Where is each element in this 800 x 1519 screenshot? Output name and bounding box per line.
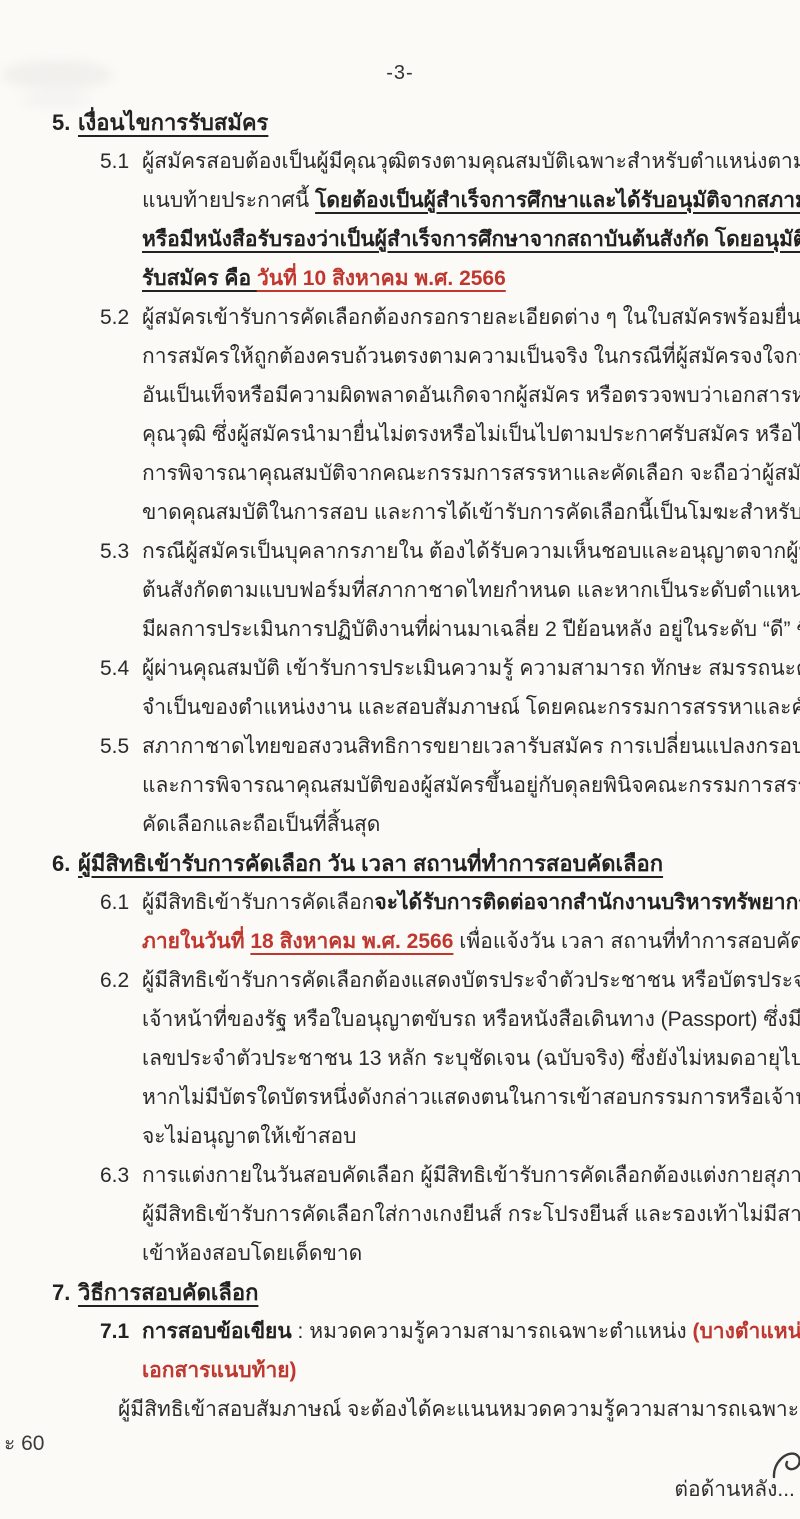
text-line: หากไม่มีบัตรใดบัตรหนึ่งดังกล่าวแสดงตนในก… — [142, 1078, 800, 1117]
text-line: คุณวุฒิ ซึ่งผู้สมัครนำมายื่นไม่ตรงหรือไม… — [142, 415, 800, 454]
item-body: การสอบข้อเขียน : หมวดความรู้ความสามารถเฉ… — [142, 1312, 800, 1390]
text-line: การสมัครให้ถูกต้องครบถ้วนตรงตามความเป็นจ… — [142, 337, 800, 376]
text-line: เจ้าหน้าที่ของรัฐ หรือใบอนุญาตขับรถ หรือ… — [142, 1000, 800, 1039]
item-body: การแต่งกายในวันสอบคัดเลือก ผู้มีสิทธิเข้… — [142, 1156, 800, 1273]
list-item-6-1: 6.1 ผู้มีสิทธิเข้ารับการคัดเลือกจะได้รับ… — [0, 883, 800, 961]
text-segment: ภายในวันที่ — [142, 930, 250, 953]
item-body: ผู้สมัครสอบต้องเป็นผู้มีคุณวุฒิตรงตามคุณ… — [142, 142, 800, 298]
section-title: ผู้มีสิทธิเข้ารับการคัดเลือก วัน เวลา สถ… — [78, 844, 663, 883]
text-line: มีผลการประเมินการปฏิบัติงานที่ผ่านมาเฉลี… — [142, 610, 800, 649]
text-line: เลขประจำตัวประชาชน 13 หลัก ระบุชัดเจน (ฉ… — [142, 1039, 800, 1078]
text-segment: : หมวดความรู้ความสามารถเฉพาะตำแหน่ง — [292, 1320, 693, 1343]
text-line: ต้นสังกัดตามแบบฟอร์มที่สภากาชาดไทยกำหนด … — [142, 571, 800, 610]
text-line: คัดเลือกและถือเป็นที่สิ้นสุด — [142, 805, 800, 844]
text-line: การสอบข้อเขียน : หมวดความรู้ความสามารถเฉ… — [142, 1312, 800, 1351]
text-line: ขาดคุณสมบัติในการสอบ และการได้เข้ารับการ… — [142, 493, 800, 532]
list-item-6-3: 6.3 การแต่งกายในวันสอบคัดเลือก ผู้มีสิทธ… — [0, 1156, 800, 1273]
text-segment: หรือมีหนังสือรับรองว่าเป็นผู้สำเร็จการศึ… — [142, 228, 800, 251]
text-line: หรือมีหนังสือรับรองว่าเป็นผู้สำเร็จการศึ… — [142, 220, 800, 259]
cut-off-text: ะ 60 — [4, 1424, 44, 1463]
text-segment: ผู้สมัครสอบต้องเป็นผู้มีคุณวุฒิตรงตามคุณ… — [142, 150, 800, 173]
deadline-date-text: วันที่ 10 สิงหาคม พ.ศ. 2566 — [257, 267, 506, 290]
text-line: ภายในวันที่ 18 สิงหาคม พ.ศ. 2566 เพื่อแจ… — [142, 922, 800, 961]
text-line: จำเป็นของตำแหน่งงาน และสอบสัมภาษณ์ โดยคณ… — [142, 688, 800, 727]
text-segment: ผู้มีสิทธิเข้ารับการคัดเลือก — [142, 891, 374, 914]
text-line: อันเป็นเท็จหรือมีความผิดพลาดอันเกิดจากผู… — [142, 376, 800, 415]
text-line: ผู้มีสิทธิเข้ารับการคัดเลือกจะได้รับการต… — [142, 883, 800, 922]
text-segment: เอกสารแนบท้าย) — [142, 1359, 297, 1382]
text-line: การพิจารณาคุณสมบัติจากคณะกรรมการสรรหาและ… — [142, 454, 800, 493]
text-line: การแต่งกายในวันสอบคัดเลือก ผู้มีสิทธิเข้… — [142, 1156, 800, 1195]
text-segment: แนบท้ายประกาศนี้ — [142, 189, 315, 212]
document-page: -3- 5. เงื่อนไขการรับสมัคร 5.1 ผู้สมัครส… — [0, 0, 800, 1519]
text-segment: จะได้รับการติดต่อจากสำนักงานบริหารทรัพยา… — [374, 891, 800, 914]
text-line: ผู้สมัครเข้ารับการคัดเลือกต้องกรอกรายละเ… — [142, 298, 800, 337]
list-item-7-1: 7.1 การสอบข้อเขียน : หมวดความรู้ความสามา… — [0, 1312, 800, 1390]
item-number: 6.2 — [100, 961, 142, 1000]
notice-date-text: 18 สิงหาคม พ.ศ. 2566 — [250, 930, 453, 953]
text-line: รับสมัคร คือ วันที่ 10 สิงหาคม พ.ศ. 2566 — [142, 259, 800, 298]
section-number: 5. — [52, 103, 78, 142]
text-segment: (บางตำแหน่งตาม — [692, 1320, 800, 1343]
item-number: 7.1 — [100, 1312, 142, 1351]
item-body: ผู้ผ่านคุณสมบัติ เข้ารับการประเมินความรู… — [142, 649, 800, 727]
trailing-paragraph: ผู้มีสิทธิเข้าสอบสัมภาษณ์ จะต้องได้คะแนน… — [0, 1390, 800, 1429]
list-item-5-2: 5.2 ผู้สมัครเข้ารับการคัดเลือกต้องกรอกรา… — [0, 298, 800, 532]
item-body: ผู้มีสิทธิเข้ารับการคัดเลือกต้องแสดงบัตร… — [142, 961, 800, 1156]
text-line: ผู้มีสิทธิเข้ารับการคัดเลือกใส่กางเกงยีน… — [142, 1195, 800, 1234]
text-line: ผู้สมัครสอบต้องเป็นผู้มีคุณวุฒิตรงตามคุณ… — [142, 142, 800, 181]
text-segment: เพื่อแจ้งวัน เวลา สถานที่ทำการสอบคัดเลือ… — [453, 930, 800, 953]
list-item-5-4: 5.4 ผู้ผ่านคุณสมบัติ เข้ารับการประเมินคว… — [0, 649, 800, 727]
text-line: และการพิจารณาคุณสมบัติของผู้สมัครขึ้นอยู… — [142, 766, 800, 805]
section-heading-6: 6. ผู้มีสิทธิเข้ารับการคัดเลือก วัน เวลา… — [0, 844, 800, 883]
text-line: สภากาชาดไทยขอสงวนสิทธิการขยายเวลารับสมัค… — [142, 727, 800, 766]
text-line: เอกสารแนบท้าย) — [142, 1351, 800, 1390]
item-number: 5.2 — [100, 298, 142, 337]
list-item-5-5: 5.5 สภากาชาดไทยขอสงวนสิทธิการขยายเวลารับ… — [0, 727, 800, 844]
section-title: เงื่อนไขการรับสมัคร — [78, 103, 268, 142]
section-number: 7. — [52, 1273, 78, 1312]
section-heading-7: 7. วิธีการสอบคัดเลือก — [0, 1273, 800, 1312]
continue-note: ต่อด้านหลัง... ร — [674, 1475, 800, 1505]
item-number: 5.4 — [100, 649, 142, 688]
list-item-5-3: 5.3 กรณีผู้สมัครเป็นบุคลากรภายใน ต้องได้… — [0, 532, 800, 649]
item-body: กรณีผู้สมัครเป็นบุคลากรภายใน ต้องได้รับค… — [142, 532, 800, 649]
section-number: 6. — [52, 844, 78, 883]
item-number: 6.3 — [100, 1156, 142, 1195]
text-line: จะไม่อนุญาตให้เข้าสอบ — [142, 1117, 800, 1156]
list-item-5-1: 5.1 ผู้สมัครสอบต้องเป็นผู้มีคุณวุฒิตรงตา… — [0, 142, 800, 298]
item-number: 5.5 — [100, 727, 142, 766]
item-number: 5.3 — [100, 532, 142, 571]
section-title: วิธีการสอบคัดเลือก — [78, 1273, 258, 1312]
page-number: -3- — [0, 0, 800, 85]
list-item-6-2: 6.2 ผู้มีสิทธิเข้ารับการคัดเลือกต้องแสดง… — [0, 961, 800, 1156]
item-body: สภากาชาดไทยขอสงวนสิทธิการขยายเวลารับสมัค… — [142, 727, 800, 844]
text-line: แนบท้ายประกาศนี้ โดยต้องเป็นผู้สำเร็จการ… — [142, 181, 800, 220]
text-segment: การสอบข้อเขียน — [142, 1320, 292, 1343]
item-number: 5.1 — [100, 142, 142, 181]
text-line: ผู้มีสิทธิเข้ารับการคัดเลือกต้องแสดงบัตร… — [142, 961, 800, 1000]
item-number: 6.1 — [100, 883, 142, 922]
item-body: ผู้มีสิทธิเข้ารับการคัดเลือกจะได้รับการต… — [142, 883, 800, 961]
text-segment: โดยต้องเป็นผู้สำเร็จการศึกษาและได้รับอนุ… — [315, 189, 800, 212]
document-body: 5. เงื่อนไขการรับสมัคร 5.1 ผู้สมัครสอบต้… — [0, 103, 800, 1429]
section-heading-5: 5. เงื่อนไขการรับสมัคร — [0, 103, 800, 142]
text-line: เข้าห้องสอบโดยเด็ดขาด — [142, 1234, 800, 1273]
text-line: ผู้มีสิทธิเข้าสอบสัมภาษณ์ จะต้องได้คะแนน… — [118, 1390, 800, 1429]
item-body: ผู้สมัครเข้ารับการคัดเลือกต้องกรอกรายละเ… — [142, 298, 800, 532]
text-segment: รับสมัคร คือ — [142, 267, 257, 290]
text-line: กรณีผู้สมัครเป็นบุคลากรภายใน ต้องได้รับค… — [142, 532, 800, 571]
text-line: ผู้ผ่านคุณสมบัติ เข้ารับการประเมินความรู… — [142, 649, 800, 688]
